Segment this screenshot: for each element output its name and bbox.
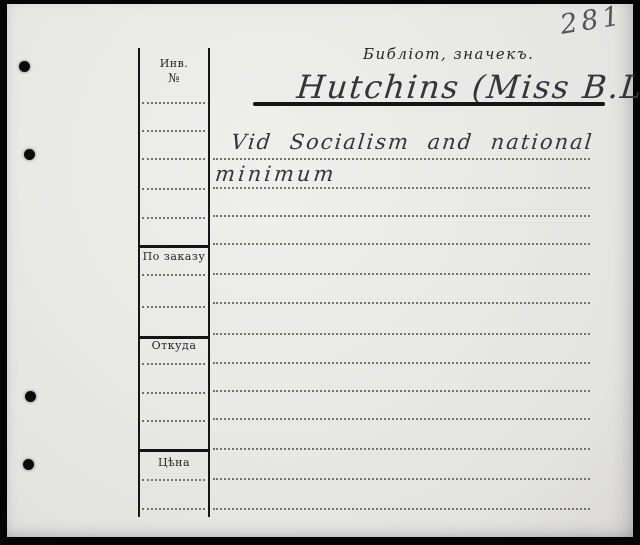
dotted-rule xyxy=(213,448,590,450)
column-dotted-rule xyxy=(142,130,205,132)
column-dotted-rule xyxy=(142,479,205,481)
column-dotted-rule xyxy=(142,274,205,276)
title-line-2: minimum xyxy=(214,162,338,186)
column-dotted-rule xyxy=(142,306,205,308)
dotted-rule xyxy=(213,362,590,364)
dotted-rule xyxy=(213,187,590,189)
dotted-rule xyxy=(213,273,590,275)
column-dotted-rule xyxy=(142,217,205,219)
column-dotted-rule xyxy=(142,392,205,394)
column-dotted-rule xyxy=(142,508,205,510)
column-dotted-rule xyxy=(142,158,205,160)
author-underline xyxy=(253,102,605,106)
dotted-rule xyxy=(213,243,590,245)
dotted-rule xyxy=(213,418,590,420)
inventory-header: Инв. № xyxy=(138,48,210,95)
inventory-column: По заказу Откуда Цѣна xyxy=(138,95,210,517)
punch-hole xyxy=(24,149,35,160)
dotted-rule xyxy=(213,158,590,160)
dotted-rule xyxy=(213,478,590,480)
dotted-rule xyxy=(213,215,590,217)
column-dotted-rule xyxy=(142,363,205,365)
from-where-label: Откуда xyxy=(140,339,208,352)
punch-hole xyxy=(25,391,36,402)
inventory-label: Инв. xyxy=(140,57,208,70)
column-separator xyxy=(138,245,210,248)
punch-hole xyxy=(23,459,34,470)
column-dotted-rule xyxy=(142,102,205,104)
column-dotted-rule xyxy=(142,188,205,190)
library-stamp-label: Библіот, значекъ. xyxy=(363,45,534,63)
column-separator xyxy=(138,449,210,452)
dotted-rule xyxy=(213,508,590,510)
by-order-label: По заказу xyxy=(140,250,208,263)
scanned-photo: 281 Библіот, значекъ. Hutchins (Miss B.L… xyxy=(0,0,640,545)
price-label: Цѣна xyxy=(140,456,208,469)
title-line-1: Vid Socialism and national xyxy=(230,130,595,154)
dotted-rule xyxy=(213,390,590,392)
corner-page-number: 281 xyxy=(558,0,626,41)
dotted-rule xyxy=(213,333,590,335)
author-heading: Hutchins (Miss B.L.) xyxy=(295,68,640,106)
punch-hole xyxy=(19,61,30,72)
column-dotted-rule xyxy=(142,420,205,422)
dotted-rule xyxy=(213,302,590,304)
catalog-card: 281 Библіот, значекъ. Hutchins (Miss B.L… xyxy=(7,4,633,537)
inventory-number-sign: № xyxy=(140,71,208,85)
